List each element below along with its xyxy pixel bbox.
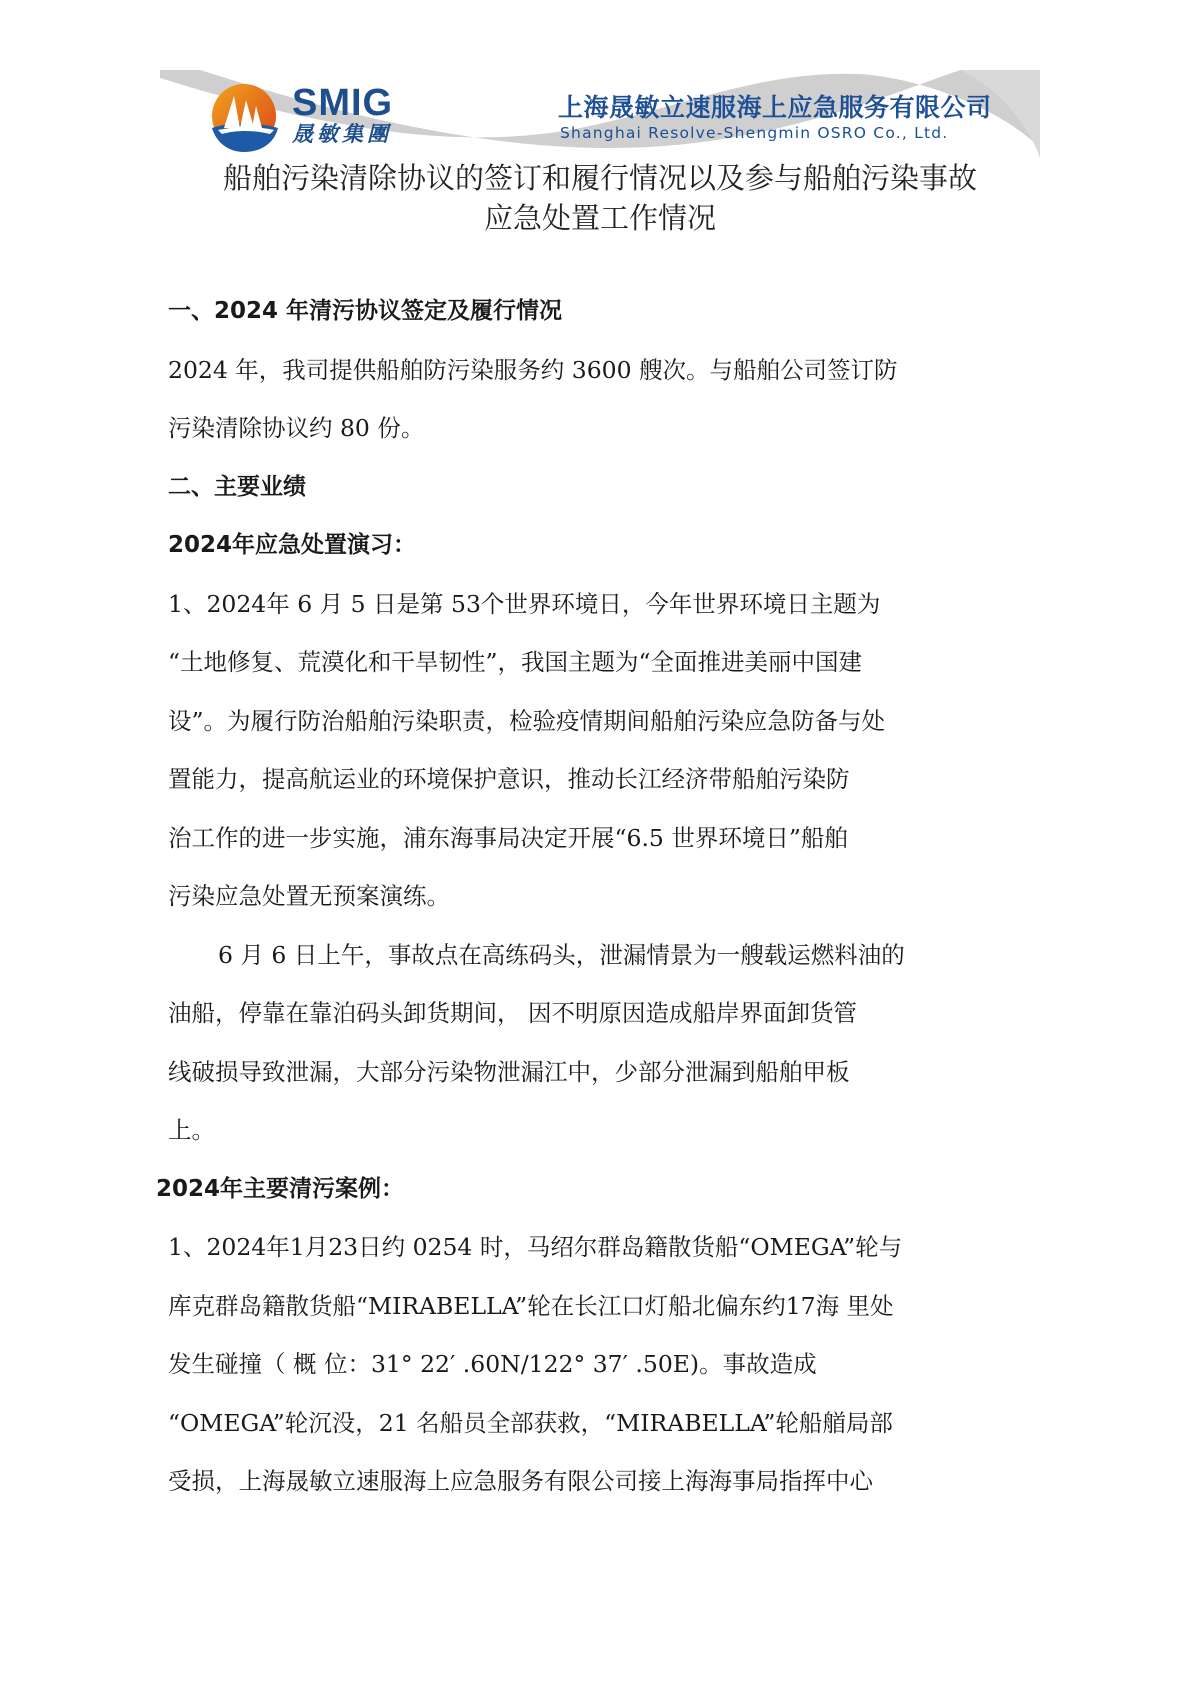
section-heading-2: 二、主要业绩 <box>168 458 968 517</box>
paragraph-line: 6 月 6 日上午，事故点在高练码头，泄漏情景为一艘载运燃料油的 <box>168 926 968 985</box>
paragraph-line: 置能力，提高航运业的环境保护意识，推动长江经济带船舶污染防 <box>168 750 968 809</box>
document-title: 船舶污染清除协议的签订和履行情况以及参与船舶污染事故 应急处置工作情况 <box>150 158 1050 238</box>
paragraph-line: 设”。为履行防治船舶污染职责，检验疫情期间船舶污染应急防备与处 <box>168 692 968 751</box>
logo-wordmark: SMIG 晟敏集團 <box>292 84 393 146</box>
paragraph-line: 线破损导致泄漏，大部分污染物泄漏江中，少部分泄漏到船舶甲板 <box>168 1043 968 1102</box>
paragraph-line: 治工作的进一步实施，浦东海事局决定开展“6.5 世界环境日”船舶 <box>168 809 968 868</box>
title-line: 船舶污染清除协议的签订和履行情况以及参与船舶污染事故 <box>150 158 1050 198</box>
title-line: 应急处置工作情况 <box>150 198 1050 238</box>
paragraph-line: 1、2024年1月23日约 0254 时，马绍尔群岛籍散货船“OMEGA”轮与 <box>168 1218 968 1277</box>
section-heading-1: 一、2024 年清污协议签定及履行情况 <box>168 282 968 341</box>
paragraph-line: 污染清除协议约 80 份。 <box>168 399 968 458</box>
paragraph-line: 发生碰撞（ 概 位：31° 22′ .60N/122° 37′ .50E)。事故… <box>168 1335 968 1394</box>
subheading-cases: 2024年主要清污案例： <box>156 1160 968 1219</box>
document-body: 一、2024 年清污协议签定及履行情况 2024 年，我司提供船舶防污染服务约 … <box>168 282 968 1511</box>
company-name-english: Shanghai Resolve-Shengmin OSRO Co., Ltd. <box>560 124 948 142</box>
paragraph-line: 上。 <box>168 1101 968 1160</box>
paragraph-line: “土地修复、荒漠化和干旱韧性”，我国主题为“全面推进美丽中国建 <box>168 633 968 692</box>
paragraph-line: “OMEGA”轮沉没，21 名船员全部获救，“MIRABELLA”轮船艏局部 <box>168 1394 968 1453</box>
paragraph-line: 油船，停靠在靠泊码头卸货期间， 因不明原因造成船岸界面卸货管 <box>168 984 968 1043</box>
paragraph-line: 库克群岛籍散货船“MIRABELLA”轮在长江口灯船北偏东约17海 里处 <box>168 1277 968 1336</box>
logo-chinese-name: 晟敏集團 <box>292 122 393 146</box>
paragraph-line: 2024 年，我司提供船舶防污染服务约 3600 艘次。与船舶公司签订防 <box>168 341 968 400</box>
letterhead-banner: SMIG 晟敏集團 上海晟敏立速服海上应急服务有限公司 Shanghai Res… <box>160 68 1040 166</box>
paragraph-line: 污染应急处置无预案演练。 <box>168 867 968 926</box>
paragraph-line: 1、2024年 6 月 5 日是第 53个世界环境日，今年世界环境日主题为 <box>168 575 968 634</box>
logo-abbreviation: SMIG <box>292 84 393 122</box>
smig-sail-logo-icon <box>208 82 280 154</box>
subheading-drills: 2024年应急处置演习： <box>168 516 968 575</box>
company-name-chinese: 上海晟敏立速服海上应急服务有限公司 <box>558 88 992 124</box>
paragraph-line: 受损，上海晟敏立速服海上应急服务有限公司接上海海事局指挥中心 <box>168 1452 968 1511</box>
